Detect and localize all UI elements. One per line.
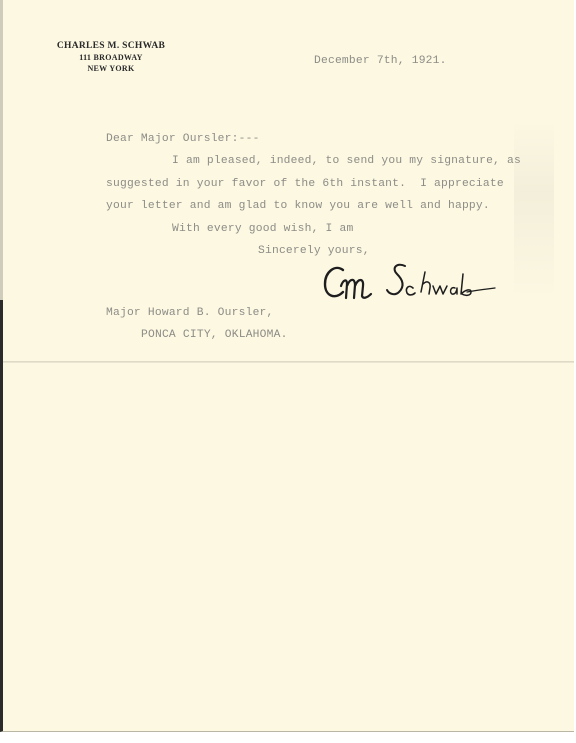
body-line: I am pleased, indeed, to send you my sig…: [172, 155, 521, 167]
letterhead-city: NEW YORK: [41, 63, 181, 74]
body-line: your letter and am glad to know you are …: [106, 200, 490, 212]
recipient-name: Major Howard B. Oursler,: [106, 307, 274, 319]
body-line: suggested in your favor of the 6th insta…: [106, 178, 504, 190]
paper-fold-crease: [3, 361, 574, 363]
page-edge: [0, 0, 3, 300]
closing-line: With every good wish, I am: [172, 223, 353, 235]
letterhead: CHARLES M. SCHWAB 111 BROADWAY NEW YORK: [41, 40, 181, 74]
letterhead-name: CHARLES M. SCHWAB: [41, 40, 181, 52]
handwritten-signature: CM Schwab: [321, 258, 506, 308]
letter-page: CHARLES M. SCHWAB 111 BROADWAY NEW YORK …: [0, 0, 574, 732]
closing-line: Sincerely yours,: [258, 245, 370, 257]
letterhead-street: 111 BROADWAY: [41, 52, 181, 63]
paper-bleed-through: [514, 120, 554, 300]
recipient-location: PONCA CITY, OKLAHOMA.: [141, 329, 288, 341]
letter-date: December 7th, 1921.: [314, 55, 447, 67]
salutation: Dear Major Oursler:---: [106, 133, 260, 145]
